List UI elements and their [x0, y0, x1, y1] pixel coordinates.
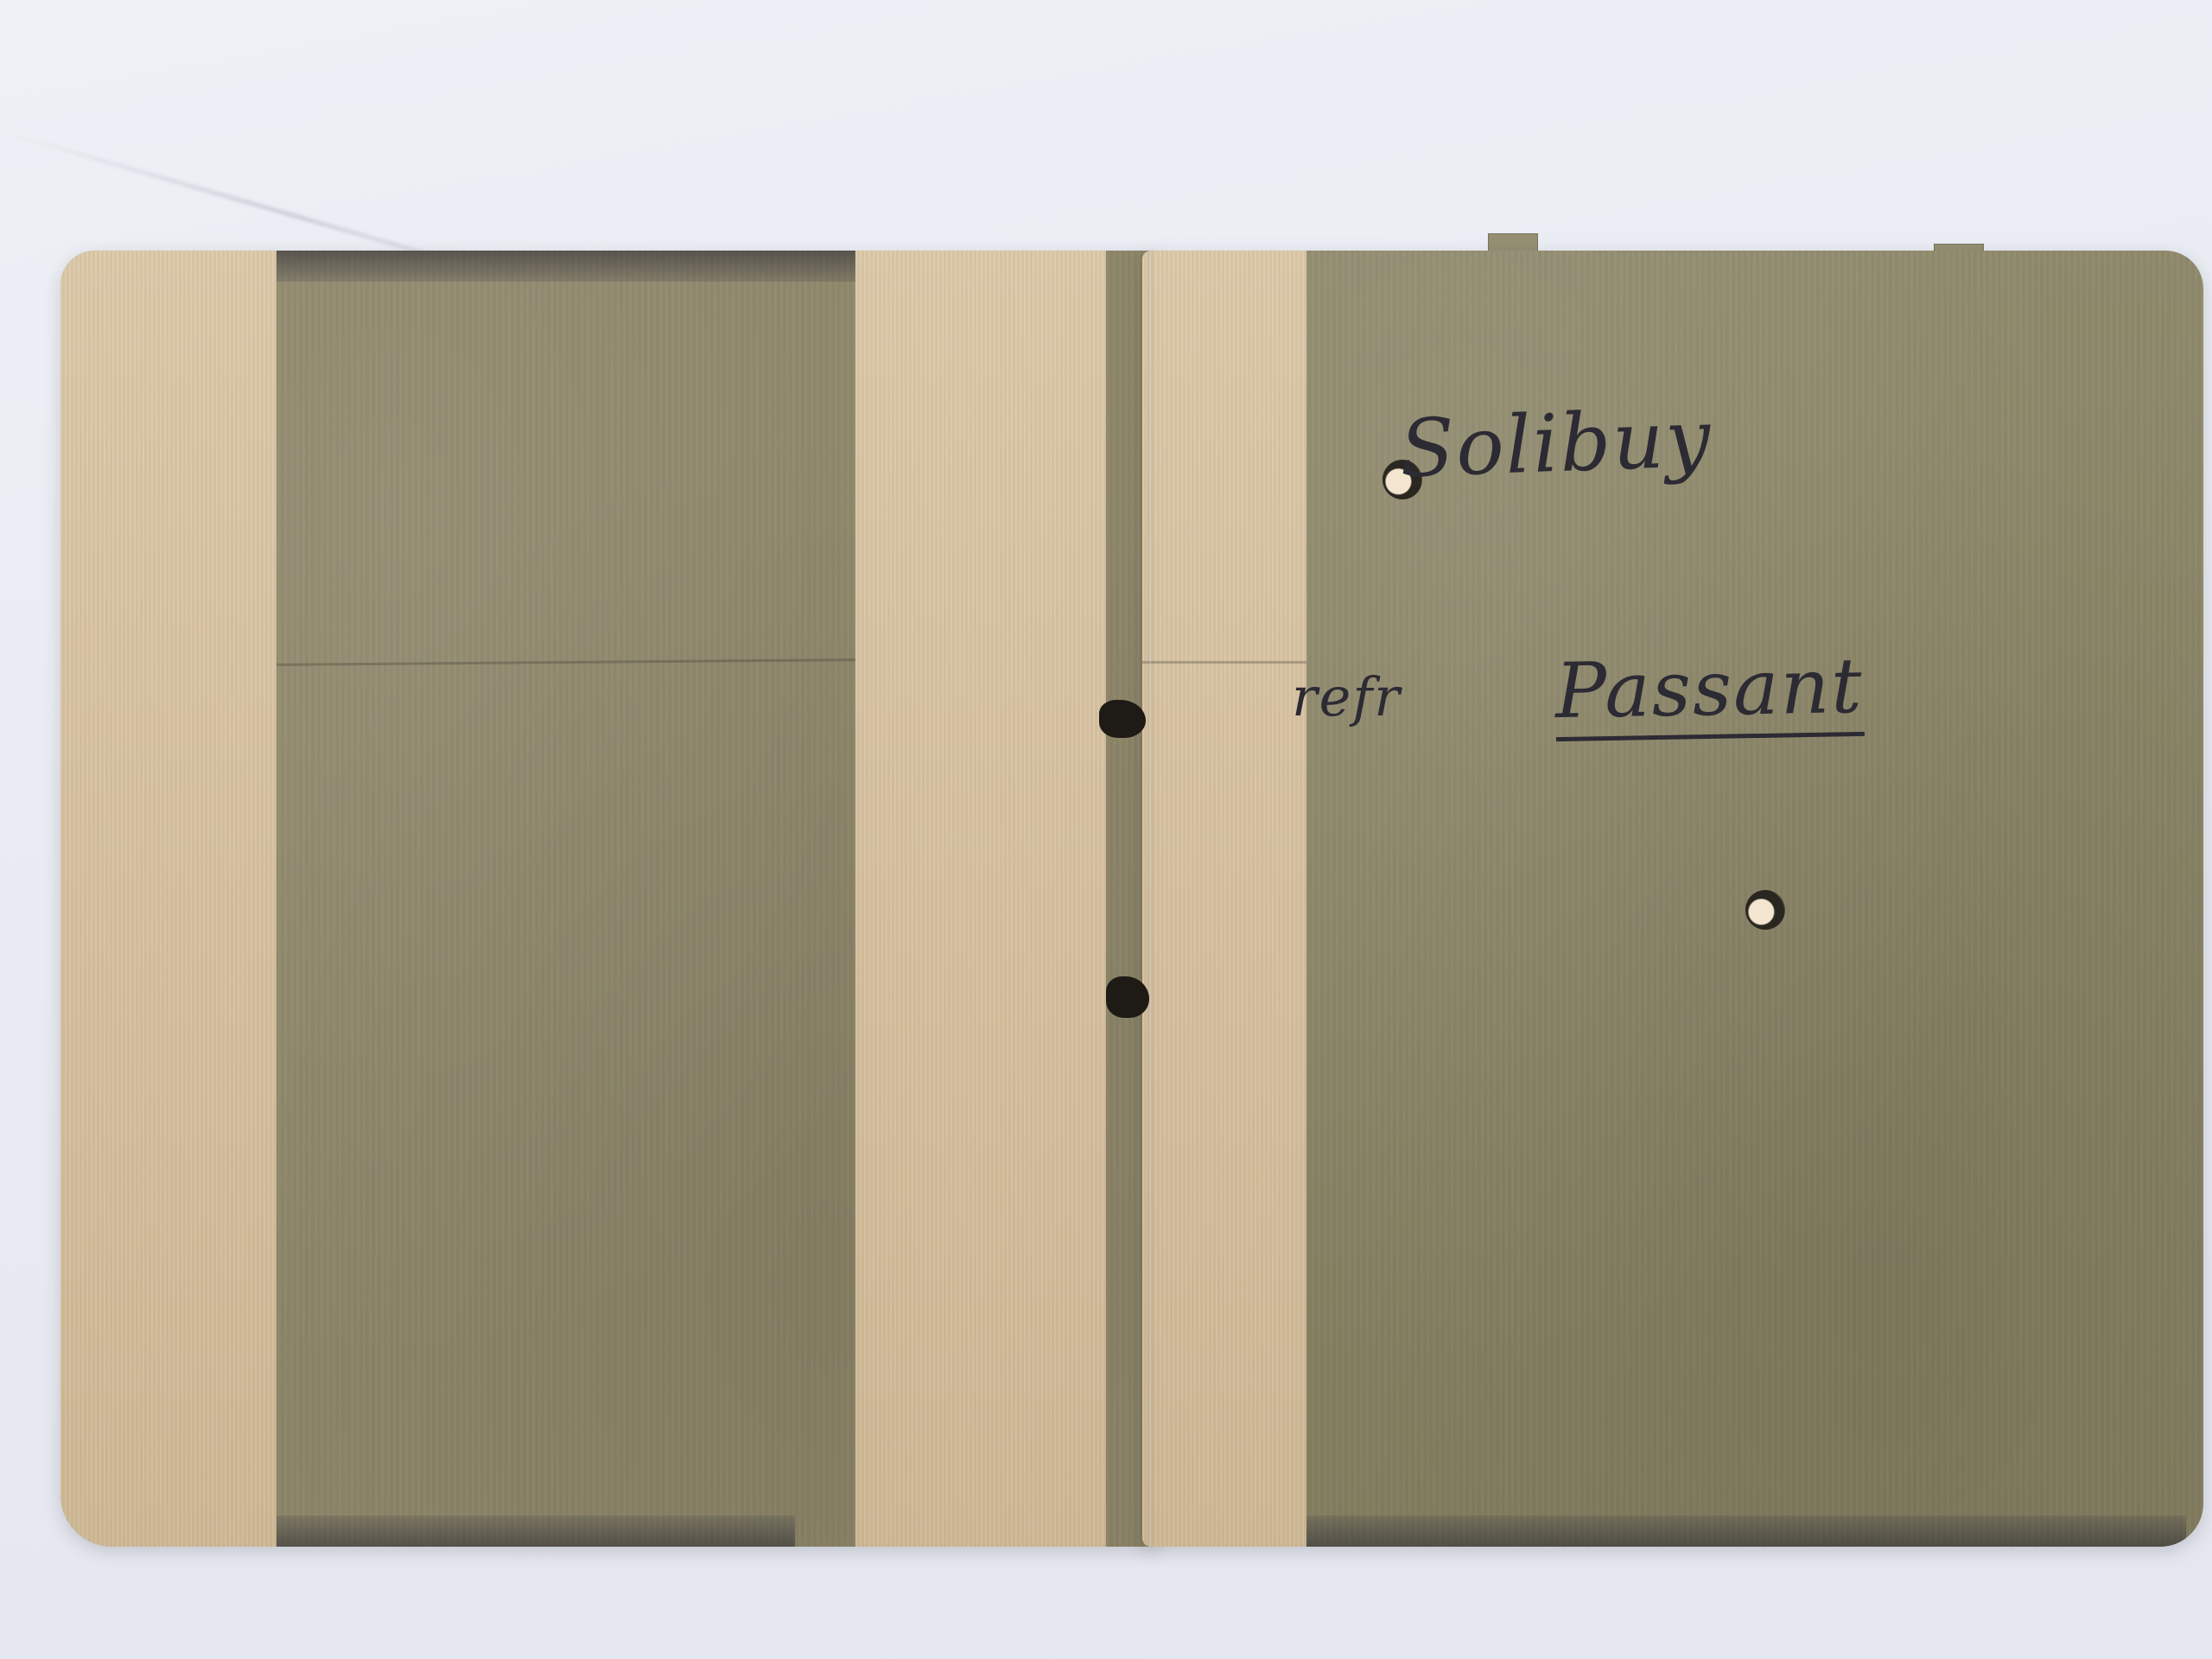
worn-edge-bottom — [225, 1516, 795, 1547]
spine-crease — [1147, 251, 1153, 1547]
back-cover-panel — [60, 251, 1158, 1547]
light-paper-strip-spine — [855, 251, 1106, 1547]
worn-edge-bottom — [1281, 1516, 2186, 1547]
handwritten-title: Solibuy — [1398, 392, 1713, 496]
handwritten-name: Passant — [1554, 641, 1864, 741]
torn-hole-upper — [1099, 700, 1146, 738]
handwritten-prefix: refr — [1292, 665, 1402, 728]
booklet — [52, 233, 2203, 1581]
light-paper-strip-left — [60, 251, 276, 1547]
light-paper-strip-right — [1142, 251, 1306, 1547]
fold-crease — [1142, 661, 1306, 664]
torn-hole-lower — [1106, 976, 1149, 1018]
worn-edge-top — [268, 251, 899, 282]
punched-hole-lower — [1745, 890, 1785, 930]
